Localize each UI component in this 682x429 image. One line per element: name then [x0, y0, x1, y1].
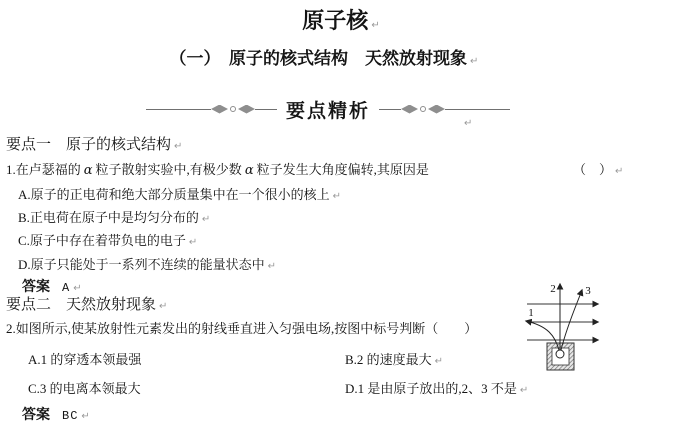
question-1-option-b: B.正电荷在原子中是均匀分布的↵ [18, 209, 210, 227]
diamond-icon [401, 105, 418, 114]
section2-heading: 要点二 天然放射现象↵ [6, 296, 167, 316]
page-subtitle-text: （一） 原子的核式结构 天然放射现象 [170, 49, 468, 68]
divider-line [445, 109, 510, 110]
paragraph-mark: ↵ [202, 214, 210, 225]
paragraph-mark: ↵ [615, 166, 623, 177]
paragraph-mark: ↵ [268, 261, 276, 272]
question-2-option-c: C.3 的电离本领最大 [28, 380, 141, 398]
question-1-option-d: D.原子只能处于一系列不连续的能量状态中↵ [18, 256, 276, 274]
ray-3-path [561, 290, 582, 350]
dot-icon [420, 106, 426, 112]
question-1-answer-bracket: （ ）↵ [573, 161, 623, 179]
diamond-icon [238, 105, 255, 114]
paragraph-mark: ↵ [73, 283, 81, 294]
question-2: 2.如图所示,使某放射性元素发出的射线垂直进入匀强电场,按图中标号判断（ ） [6, 320, 477, 338]
answer-1-value: A [62, 281, 70, 295]
diamond-icon [428, 105, 445, 114]
question-2-option-a: A.1 的穿透本领最强 [28, 351, 141, 369]
diamond-ornament [211, 105, 255, 114]
answer-label: 答案 [22, 408, 50, 423]
paragraph-mark: ↵ [461, 113, 472, 131]
page-subtitle: （一） 原子的核式结构 天然放射现象↵ [0, 44, 648, 69]
ray-2-label: 2 [550, 283, 556, 295]
answer-1-row: 答案A↵ [22, 276, 82, 296]
paragraph-mark: ↵ [371, 20, 379, 31]
divider-label: 要点精析 [286, 96, 370, 123]
ray-1-label: 1 [528, 307, 534, 319]
paragraph-mark: ↵ [333, 191, 341, 202]
paragraph-mark: ↵ [159, 301, 167, 312]
diagram-canvas: 1 2 3 [512, 276, 612, 376]
answer-2-value: BC [62, 409, 78, 423]
diamond-icon [211, 105, 228, 114]
divider-line [255, 109, 277, 110]
paragraph-mark: ↵ [520, 385, 528, 396]
question-2-option-d: D.1 是由原子放出的,2、3 不是↵ [345, 380, 528, 398]
paragraph-mark: ↵ [435, 356, 443, 367]
field-lines [527, 304, 598, 340]
dot-icon [230, 106, 236, 112]
section1-heading: 要点一 原子的核式结构↵ [6, 136, 182, 156]
question-1-option-c: C.原子中存在着带负电的电子↵ [18, 232, 197, 250]
divider-line [379, 109, 401, 110]
paragraph-mark: ↵ [470, 56, 478, 67]
question-1-option-a: A.原子的正电荷和绝大部分质量集中在一个很小的核上↵ [18, 186, 341, 204]
page-title: 原子核↵ [0, 4, 682, 35]
answer-2-row: 答案BC↵ [22, 404, 90, 424]
divider-line [146, 109, 211, 110]
question-2-option-b: B.2 的速度最大↵ [345, 351, 443, 369]
paragraph-mark: ↵ [81, 411, 89, 422]
question-2-answer-bracket: （ ） [425, 321, 477, 336]
alpha-symbol: α [245, 163, 254, 178]
paragraph-mark: ↵ [189, 237, 197, 248]
ray-3-label: 3 [585, 285, 591, 297]
source-circle [556, 350, 564, 358]
answer-label: 答案 [22, 280, 50, 295]
diamond-ornament [401, 105, 445, 114]
paragraph-mark: ↵ [174, 141, 182, 152]
alpha-symbol: α [84, 163, 93, 178]
radiation-field-diagram: 1 2 3 [512, 276, 612, 381]
document-page: 原子核↵ （一） 原子的核式结构 天然放射现象↵ 要点精析 ↵ 要点一 原子的核… [0, 0, 682, 429]
page-title-text: 原子核 [302, 8, 368, 33]
question-1: 1.在卢瑟福的α粒子散射实验中,有极少数α粒子发生大角度偏转,其原因是 [6, 161, 429, 180]
section-divider: 要点精析 [146, 96, 510, 122]
